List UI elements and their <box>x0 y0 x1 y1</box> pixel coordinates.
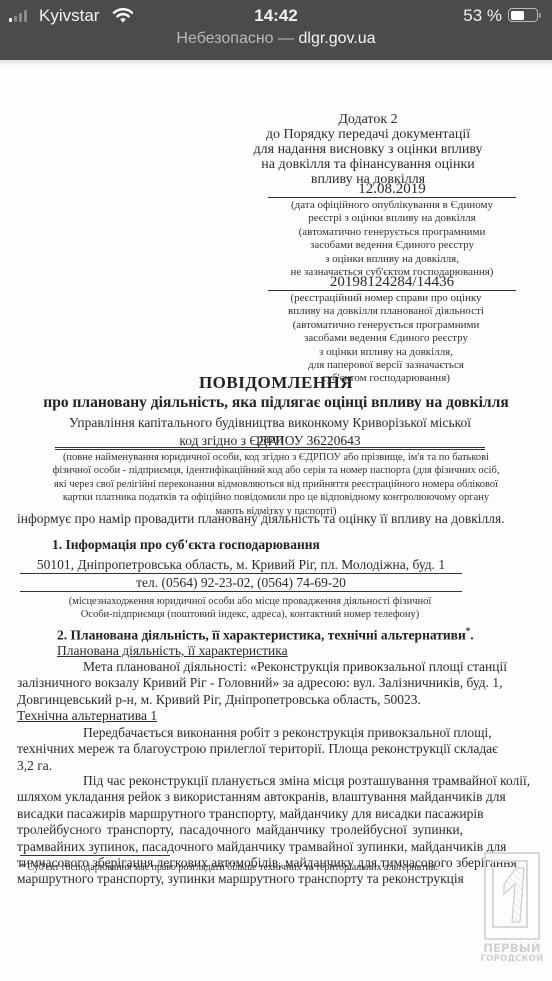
paragraph-line: трамвайних зупинок, пасадочного майданчи… <box>17 839 463 855</box>
url-separator: — <box>278 30 294 47</box>
paragraph-line: шляхом укладання рейок з використанням а… <box>17 789 463 805</box>
entity-note: (місцезнаходження юридичної особи або мі… <box>40 595 460 622</box>
note-line: для паперової версії зазначається <box>262 359 510 372</box>
note-line: картки платника податків та офіційно пов… <box>20 491 532 504</box>
battery-fill <box>511 11 524 20</box>
annex-line: Додаток 2 <box>238 112 498 127</box>
registration-number: 20198124284/14436 <box>268 274 516 291</box>
annex-header: Додаток 2 до Порядку передачі документац… <box>238 112 498 187</box>
watermark-line-1: ПЕРВЫЙ <box>480 941 544 955</box>
section-2-heading: 2. Планована діяльність, її характеристи… <box>57 626 474 644</box>
security-label: Небезопасно <box>176 30 273 47</box>
address-bar[interactable]: Небезопасно — dlgr.gov.ua <box>0 30 552 48</box>
paragraph-line: Передбачається виконання робіт з реконст… <box>17 725 463 741</box>
note-line: (повне найменування юридичної особи, код… <box>20 451 532 464</box>
battery-percent: 53 % <box>463 6 502 26</box>
paragraph-line: Довгинцевський р-н, м. Кривий Ріг, Дніпр… <box>17 692 463 708</box>
purpose-paragraph: Мета планованої діяльності: «Реконструкц… <box>17 659 463 708</box>
paragraph-line: маршрутного транспорту, зупинки маршрутн… <box>17 871 463 887</box>
note-line: засобами ведення Єдиного реєстру <box>262 332 510 345</box>
battery-icon <box>508 8 538 22</box>
footnote: * Суб'єкт господарювання має право розгл… <box>20 862 438 873</box>
watermark-line-2: ГОРОДСКОЙ <box>480 954 544 964</box>
annex-line: для надання висновку з оцінки впливу <box>238 142 498 157</box>
note-line: реєстрі з оцінки впливу на довкілля <box>268 212 516 225</box>
watermark-logo: ПЕРВЫЙ ГОРОДСКОЙ <box>484 852 540 967</box>
paragraph-line: 3,2 га. <box>17 758 463 774</box>
document-title: ПОВІДОМЛЕННЯ <box>0 373 552 393</box>
page-shadow <box>0 60 552 66</box>
status-bar: Kyivstar 14:42 53 % <box>0 0 552 32</box>
section-1-heading: 1. Інформація про суб'єкта господарюванн… <box>52 537 320 553</box>
note-line: Особи-підприємця (поштовий індекс, адрес… <box>40 608 460 621</box>
note-line: (автоматично генерується програмними <box>262 319 510 332</box>
note-line: (реєстраційний номер справи про оцінку <box>262 292 510 305</box>
organization-code: код згідно з ЄДРПОУ 36220643 <box>55 433 485 450</box>
note-line: впливу на довкілля планованої діяльності <box>262 305 510 318</box>
document-subtitle: про плановану діяльність, яка підлягає о… <box>0 394 552 412</box>
registration-note: (реєстраційний номер справи про оцінку в… <box>262 292 510 386</box>
paragraph-line: Мета планованої діяльності: «Реконструкц… <box>17 659 463 675</box>
informs-statement: інформує про намір провадити плановану д… <box>17 511 505 527</box>
note-line: засобами ведення Єдиного реєстру <box>268 239 516 252</box>
paragraph-line: залізничного вокзалу Кривий Ріг - Головн… <box>17 675 463 691</box>
section-2-heading-text: 2. Планована діяльність, її характеристи… <box>57 628 466 643</box>
paragraph-line: технічних мереж та благоустрою прилеглої… <box>17 741 463 757</box>
paragraph-line: висадки пасажирів маршрутного транспорту… <box>17 806 463 822</box>
footnote-rule <box>20 855 170 856</box>
alternative-paragraph-1: Передбачається виконання робіт з реконст… <box>17 725 463 774</box>
date-note: (дата офіційного опублікування в Єдиному… <box>268 199 516 279</box>
note-line: фізичної особи - підприємця, ідентифікац… <box>20 464 532 477</box>
note-line: з оцінки впливу на довкілля, <box>268 253 516 266</box>
url-domain: dlgr.gov.ua <box>298 30 375 47</box>
publication-date: 12.08.2019 <box>268 181 516 198</box>
paragraph-line: Під час реконструкції планується зміна м… <box>17 773 463 789</box>
note-line: (автоматично генерується програмними <box>268 226 516 239</box>
annex-line: на довкілля та фінансування оцінки <box>238 157 498 172</box>
note-line: (дата офіційного опублікування в Єдиному <box>268 199 516 212</box>
paragraph-line: тролейбусного транспорту, пасадочного ма… <box>17 822 463 838</box>
organization-note: (повне найменування юридичної особи, код… <box>20 451 532 518</box>
browser-top-bar: Kyivstar 14:42 53 % Небезопасно — dlgr.g… <box>0 0 552 60</box>
entity-address: 50101, Дніпропетровська область, м. Крив… <box>20 557 462 574</box>
note-line: які через свої релігійні переконання від… <box>20 478 532 491</box>
annex-line: до Порядку передачі документації <box>238 127 498 142</box>
entity-phone: тел. (0564) 92-23-02, (0564) 74-69-20 <box>20 575 462 592</box>
number-one-logo-icon <box>498 866 526 924</box>
planned-activity-heading: Планована діяльність, її характеристика <box>57 643 288 659</box>
note-line: з оцінки впливу на довкілля, <box>262 346 510 359</box>
technical-alternative-heading: Технічна альтернатива 1 <box>17 708 157 724</box>
heading-end: . <box>470 628 473 643</box>
note-line: (місцезнаходження юридичної особи або мі… <box>40 595 460 608</box>
